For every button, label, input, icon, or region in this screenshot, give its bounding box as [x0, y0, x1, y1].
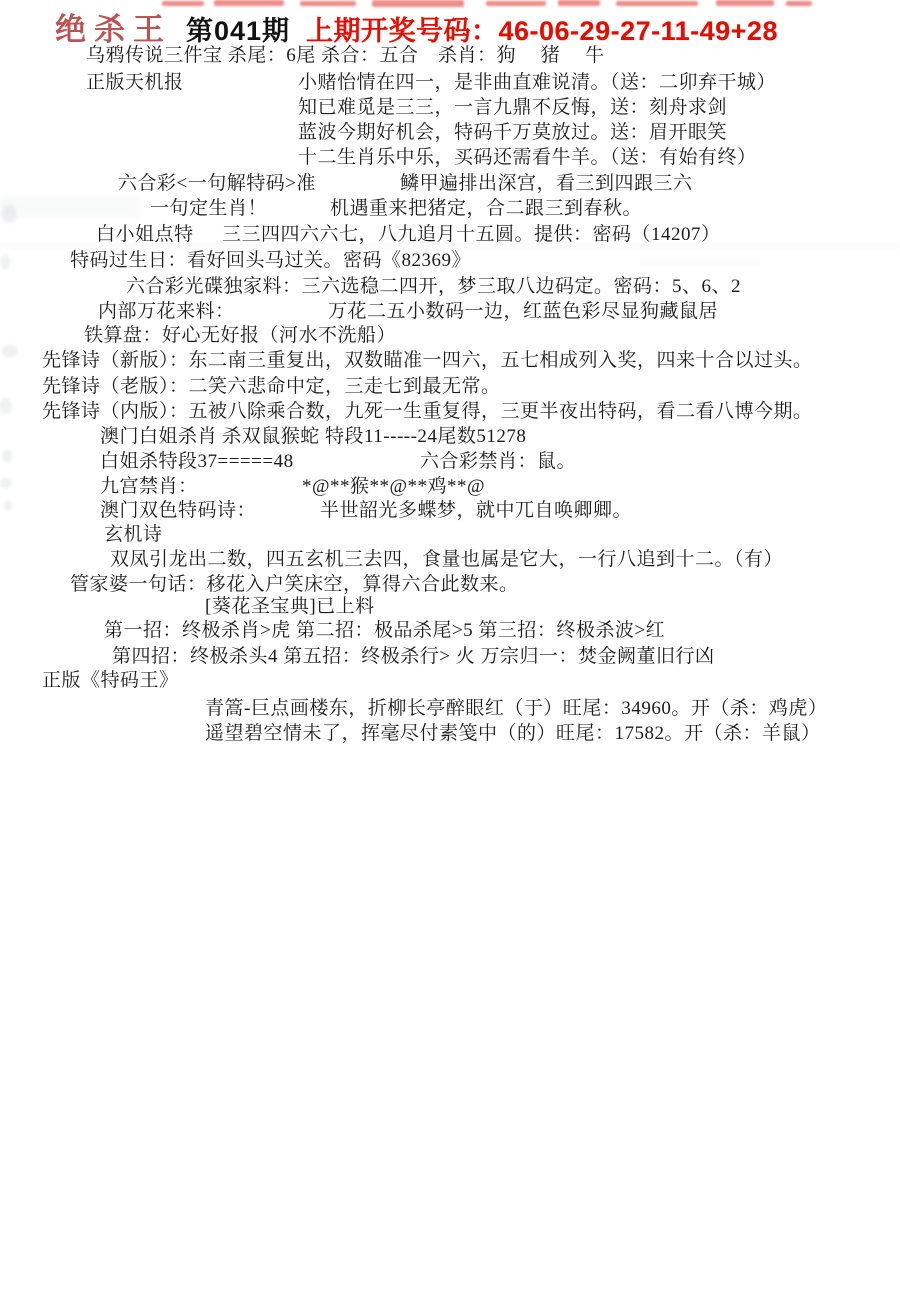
doc-line: 鳞甲遍排出深宫，看三到四跟三六	[400, 174, 693, 195]
doc-line: 三三四四六六七，八九追月十五圆。提供：密码（14207）	[222, 225, 721, 246]
doc-line: *@**猴**@**鸡**@	[302, 477, 485, 498]
doc-line: 先锋诗（老版）：二笑六悲命中定，三走七到最无常。	[42, 377, 501, 398]
issue-number: 第041期	[186, 9, 290, 48]
doc-line: 万花二五小数码一边，红蓝色彩尽显狗藏鼠居	[328, 302, 718, 323]
scanned-lottery-tipsheet: 绝杀王 第041期 上期开奖号码：46-06-29-27-11-49+28 乌鸦…	[0, 0, 900, 1292]
last-draw-numbers: 上期开奖号码：46-06-29-27-11-49+28	[306, 9, 778, 48]
doc-line: 六合彩<一句解特码>准	[118, 174, 316, 195]
doc-line: 遥望碧空情未了，挥毫尽付素笺中（的）旺尾：17582。开（杀：羊鼠）	[205, 724, 821, 745]
doc-line: 先锋诗（新版）：东二南三重复出，双数瞄准一四六，五七相成列入奖，四来十合以过头。	[42, 351, 813, 372]
doc-line: 六合彩光碟独家料：三六选稳二四开，梦三取八边码定。密码：5、6、2	[126, 277, 741, 298]
doc-line: 半世韶光多蝶梦，就中兀自唤卿卿。	[320, 501, 632, 522]
doc-line: 内部万花来料：	[98, 302, 235, 323]
doc-line: 双凤引龙出二数，四五玄机三去四，食量也属是它大，一行八追到十二。（有）	[110, 550, 783, 571]
doc-line: 第一招：终极杀肖>虎 第二招：极品杀尾>5 第三招：终极杀波>红	[104, 621, 665, 642]
doc-line: 蓝波今期好机会，特码千万莫放过。送：眉开眼笑	[298, 123, 727, 144]
doc-line: 特码过生日：看好回头马过关。密码《82369》	[70, 251, 471, 272]
doc-line: 第四招：终极杀头4 第五招：终极杀行> 火 万宗归一：焚金阙董旧行凶	[112, 647, 714, 668]
doc-line: 知已难觅是三三，一言九鼎不反悔，送：刻舟求剑	[298, 98, 727, 119]
doc-line: 正版天机报	[86, 73, 184, 94]
doc-line: 管家婆一句话：移花入户笑床空，算得六合此数来。	[70, 575, 519, 596]
doc-line: 正版《特码王》	[42, 671, 179, 692]
doc-line: 青篙-巨点画楼东，折柳长亭醉眼红（于）旺尾：34960。开（杀：鸡虎）	[205, 699, 827, 720]
doc-line: 先锋诗（内版）：五被八除乘合数，九死一生重复得，三更半夜出特码，看二看八博今期。	[42, 402, 813, 423]
doc-line: 澳门双色特码诗：	[100, 501, 256, 522]
doc-line: 九宫禁肖：	[100, 477, 198, 498]
doc-line: 机遇重来把猪定，合二跟三到春秋。	[330, 199, 642, 220]
doc-line: 小赌怡情在四一，是非曲直难说清。（送：二卯弃干城）	[298, 73, 776, 94]
doc-line: 铁算盘：好心无好报（河水不洗船）	[84, 326, 396, 347]
doc-line: 六合彩禁肖：鼠。	[420, 452, 576, 473]
doc-line: 乌鸦传说三件宝 杀尾：6尾 杀合：五合 杀肖：狗 猪 牛	[86, 46, 605, 67]
doc-line: 白小姐点特	[96, 225, 194, 246]
doc-line: 一句定生肖！	[150, 199, 267, 220]
doc-line: [葵花圣宝典]已上料	[205, 597, 375, 618]
doc-line: 澳门白姐杀肖 杀双鼠猴蛇 特段11-----24尾数51278	[100, 427, 526, 448]
doc-line: 十二生肖乐中乐，买码还需看牛羊。（送：有始有终）	[298, 148, 757, 169]
doc-line: 玄机诗	[104, 525, 163, 546]
doc-line: 白姐杀特段37=====48	[100, 452, 294, 473]
brand-title: 绝杀王	[55, 4, 172, 49]
